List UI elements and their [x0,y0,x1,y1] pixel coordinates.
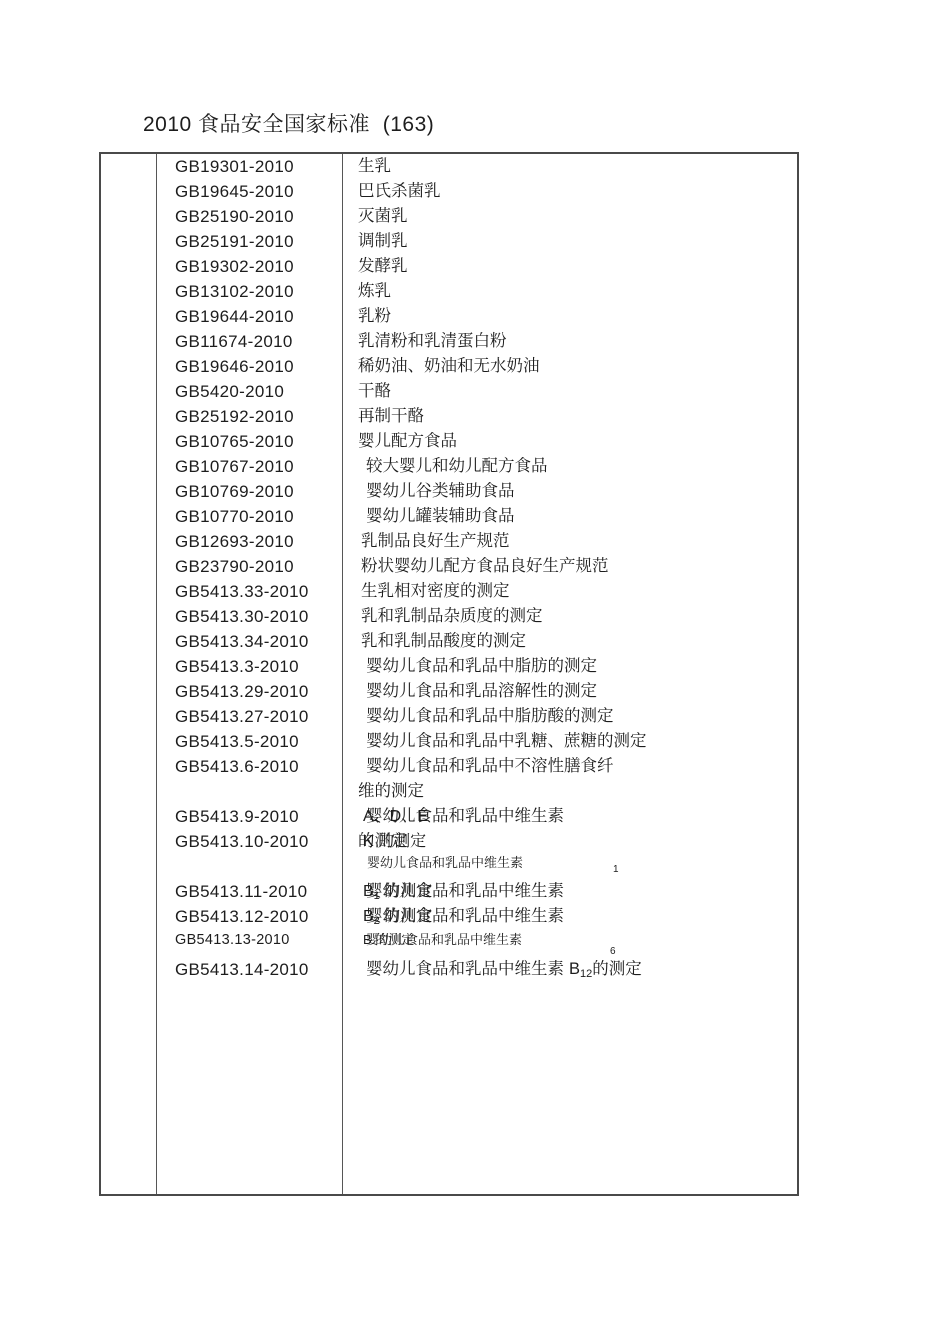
table-row: GB19301-2010生乳 [101,154,797,179]
standard-code: GB25190-2010 [175,204,294,229]
standard-code: GB5413.3-2010 [175,654,299,679]
table-row: GB10770-2010婴幼儿罐装辅助食品 [101,504,797,529]
page-title: 2010 食品安全国家标准 (163) [143,112,434,138]
table-row: GB5413.33-2010生乳相对密度的测定 [101,579,797,604]
standard-code: GB19644-2010 [175,304,294,329]
table-row: GB12693-2010乳制品良好生产规范 [101,529,797,554]
standard-name: 婴幼儿罐装辅助食品 [342,504,797,529]
standard-code: GB5413.10-2010 [175,829,309,854]
standard-code: GB12693-2010 [175,529,294,554]
standard-name: 婴幼儿食品和乳品中维生素B12的测定 [342,957,797,987]
table-row: GB19302-2010发酵乳 [101,254,797,279]
subscript-digit: 1 [613,865,619,875]
table-rows: GB19301-2010生乳GB19645-2010巴氏杀菌乳GB25190-2… [101,154,797,983]
standard-code: GB19302-2010 [175,254,294,279]
table-row: GB10765-2010婴儿配方食品 [101,429,797,454]
standard-name: 调制乳 [342,229,797,254]
table-row: GB5413.10-2010K 的测定婴幼儿食品和乳品中维生素1的测定 [101,829,797,879]
standard-name: 稀奶油、奶油和无水奶油 [342,354,797,379]
table-row: GB5413.5-2010婴幼儿食品和乳品中乳糖、蔗糖的测定 [101,729,797,754]
standard-code: GB5413.30-2010 [175,604,309,629]
standard-code: GB5413.14-2010 [175,957,309,982]
standard-code: GB5413.12-2010 [175,904,309,929]
standard-code: GB25192-2010 [175,404,294,429]
standard-name: 灭菌乳 [342,204,797,229]
standard-name: 婴幼儿食品和乳品溶解性的测定 [342,679,797,704]
standard-name-wrap: 维的测定 [342,779,797,804]
standard-name: 生乳相对密度的测定 [342,579,797,604]
document-page: 2010 食品安全国家标准 (163) GB19301-2010生乳GB1964… [0,0,950,1344]
table-row: GB5413.13-2010B 的测定6婴幼儿食品和乳品中维生素 [101,929,797,957]
standard-code: GB5413.6-2010 [175,754,299,779]
standard-name: 乳制品良好生产规范 [342,529,797,554]
vitamin-subscript: 12 [580,968,592,980]
standard-name: 炼乳 [342,279,797,304]
table-row: GB10769-2010婴幼儿谷类辅助食品 [101,479,797,504]
table-row: GB19646-2010稀奶油、奶油和无水奶油 [101,354,797,379]
standard-name: 婴幼儿食品和乳品中不溶性膳食纤维的测定 [342,754,797,804]
standard-name: 婴幼儿谷类辅助食品 [342,479,797,504]
standard-name: 乳和乳制品酸度的测定 [342,629,797,654]
table-row: GB5413.29-2010婴幼儿食品和乳品溶解性的测定 [101,679,797,704]
standard-code: GB5420-2010 [175,379,284,404]
standard-code: GB11674-2010 [175,329,293,354]
standard-code: GB5413.11-2010 [175,879,307,904]
standard-code: GB5413.27-2010 [175,704,309,729]
standard-name: 生乳 [342,154,797,179]
table-row: GB5420-2010干酪 [101,379,797,404]
standard-name: 婴幼儿食品和乳品中维生素 [342,904,797,929]
standard-code: GB10769-2010 [175,479,294,504]
standard-code: GB5413.29-2010 [175,679,309,704]
standard-name: 再制干酪 [342,404,797,429]
table-row: GB5413.30-2010乳和乳制品杂质度的测定 [101,604,797,629]
table-row: GB23790-2010粉状婴幼儿配方食品良好生产规范 [101,554,797,579]
table-row: GB19645-2010巴氏杀菌乳 [101,179,797,204]
standard-name: 较大婴儿和幼儿配方食品 [342,454,797,479]
table-row: GB25192-2010再制干酪 [101,404,797,429]
standard-code: GB19645-2010 [175,179,294,204]
standard-name: 粉状婴幼儿配方食品良好生产规范 [342,554,797,579]
standard-name: 的测定 [342,829,797,854]
standard-code: GB10770-2010 [175,504,294,529]
standard-code: GB25191-2010 [175,229,294,254]
standard-name: 干酪 [342,379,797,404]
standard-name: 婴幼儿食品和乳品中维生素 [342,929,797,951]
standard-code: GB10767-2010 [175,454,294,479]
standard-code: GB5413.33-2010 [175,579,309,604]
standard-name-small: 婴幼儿食品和乳品中维生素 [342,854,523,871]
standard-code: GB5413.9-2010 [175,804,299,829]
standard-code: GB13102-2010 [175,279,294,304]
standard-name: 乳清粉和乳清蛋白粉 [342,329,797,354]
table-row: GB11674-2010乳清粉和乳清蛋白粉 [101,329,797,354]
standard-name: 婴幼儿食品和乳品中维生素 [342,879,797,904]
table-row: GB5413.6-2010婴幼儿食品和乳品中不溶性膳食纤维的测定 [101,754,797,804]
standard-name: 婴幼儿食品和乳品中脂肪的测定 [342,654,797,679]
table-row: GB5413.27-2010婴幼儿食品和乳品中脂肪酸的测定 [101,704,797,729]
table-row: GB10767-2010较大婴儿和幼儿配方食品 [101,454,797,479]
standards-table: GB19301-2010生乳GB19645-2010巴氏杀菌乳GB25190-2… [99,152,799,1196]
table-row: GB25191-2010调制乳 [101,229,797,254]
table-row: GB13102-2010炼乳 [101,279,797,304]
standard-code: GB19646-2010 [175,354,294,379]
table-row: GB5413.12-2010B2 的测定婴幼儿食品和乳品中维生素 [101,904,797,929]
table-row: GB5413.14-2010婴幼儿食品和乳品中维生素B12的测定 [101,957,797,983]
standard-name: 婴幼儿食品和乳品中脂肪酸的测定 [342,704,797,729]
standard-code: GB5413.34-2010 [175,629,309,654]
standard-name: 婴幼儿食品和乳品中乳糖、蔗糖的测定 [342,729,797,754]
standard-code: GB10765-2010 [175,429,294,454]
standard-name: 发酵乳 [342,254,797,279]
standard-name: 巴氏杀菌乳 [342,179,797,204]
table-row: GB5413.3-2010婴幼儿食品和乳品中脂肪的测定 [101,654,797,679]
standard-name: 婴儿配方食品 [342,429,797,454]
table-row: GB5413.9-2010A、D、E婴幼儿食品和乳品中维生素 [101,804,797,829]
standard-code: GB23790-2010 [175,554,294,579]
standard-code: GB19301-2010 [175,154,294,179]
standard-name: 乳和乳制品杂质度的测定 [342,604,797,629]
table-row: GB19644-2010乳粉 [101,304,797,329]
standard-name: 乳粉 [342,304,797,329]
standard-code: GB5413.5-2010 [175,729,299,754]
standard-name: 婴幼儿食品和乳品中维生素 [342,804,797,829]
table-row: GB25190-2010灭菌乳 [101,204,797,229]
table-row: GB5413.34-2010乳和乳制品酸度的测定 [101,629,797,654]
standard-code: GB5413.13-2010 [175,929,290,951]
table-row: GB5413.11-2010B1 的测定婴幼儿食品和乳品中维生素 [101,879,797,904]
